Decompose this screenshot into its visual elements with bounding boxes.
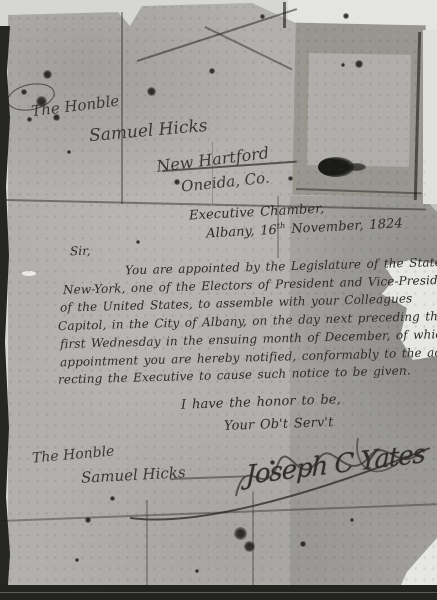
ink-stain — [288, 176, 293, 181]
ink-stain — [234, 527, 247, 540]
letter-photograph: The Honble Samuel Hicks New Hartford One… — [0, 0, 437, 600]
ink-stain — [85, 517, 91, 523]
paper-fleck — [22, 271, 36, 276]
ink-stain — [244, 541, 255, 552]
ink-stain — [174, 179, 180, 185]
ink-stain — [43, 70, 52, 79]
ink-stain — [75, 558, 79, 562]
paper-patch-light — [307, 53, 411, 167]
salutation: Sir, — [70, 244, 91, 259]
ink-stain — [343, 13, 349, 19]
background-right-edge — [423, 30, 437, 204]
ink-stain — [209, 68, 215, 74]
ink-blot — [348, 163, 366, 171]
ink-stain — [260, 14, 265, 19]
photo-dark-edge-bottom — [0, 585, 437, 600]
ink-stain — [136, 240, 140, 244]
ink-stain — [147, 87, 156, 96]
photo-edge-line — [0, 592, 437, 593]
ink-stain — [355, 60, 363, 68]
ink-stain — [67, 150, 71, 154]
ink-stain — [195, 569, 199, 573]
ink-stain — [300, 541, 306, 547]
ink-stain — [341, 63, 345, 67]
ink-stain — [110, 496, 115, 501]
